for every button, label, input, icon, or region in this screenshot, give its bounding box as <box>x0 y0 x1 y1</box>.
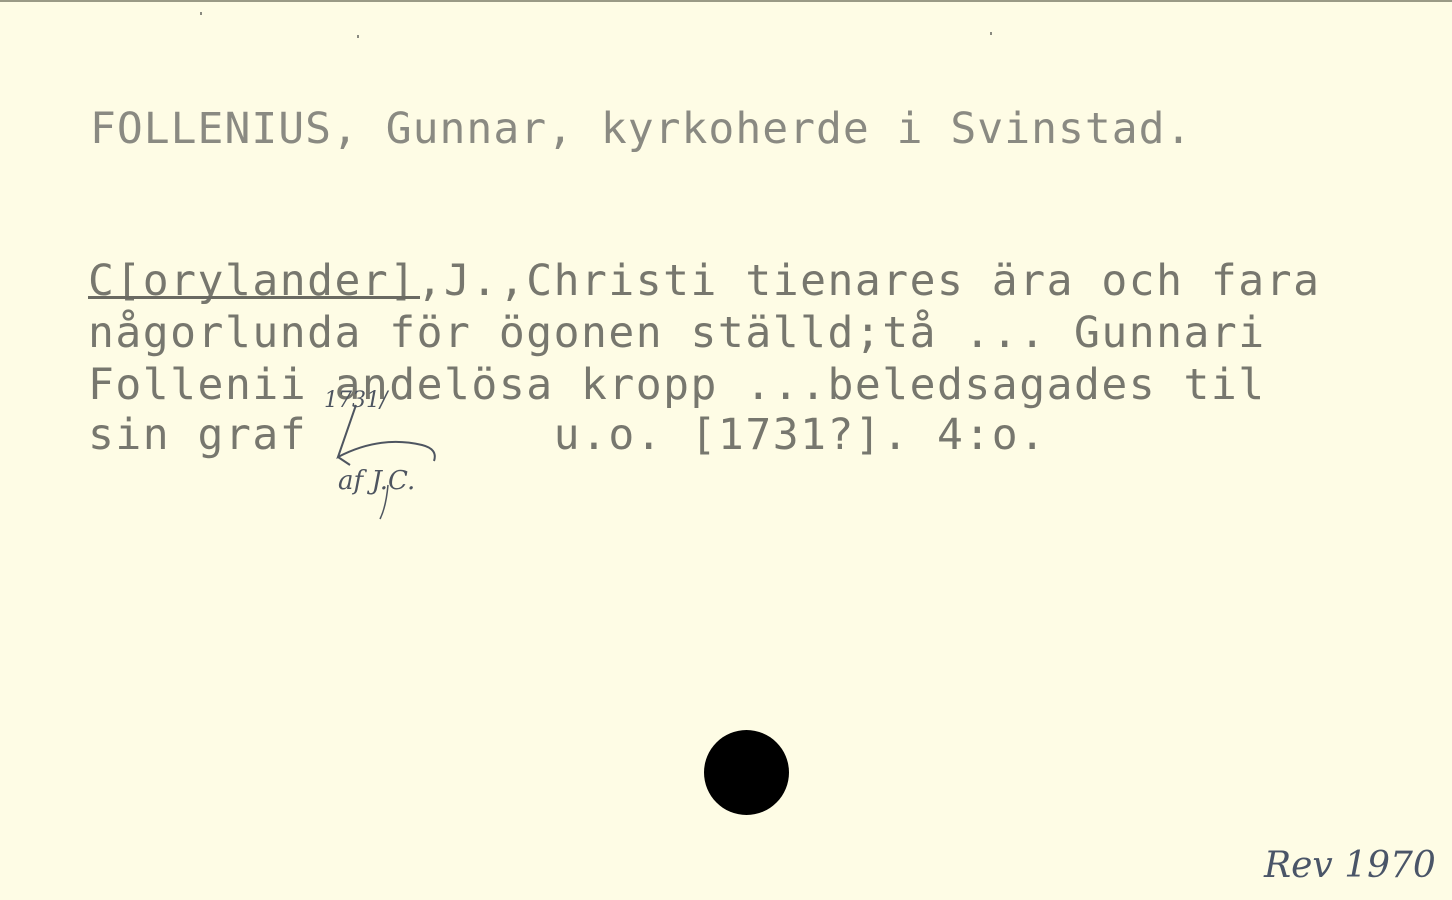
paper-speck <box>357 35 359 38</box>
author-underline <box>88 296 420 299</box>
paper-speck <box>990 32 992 35</box>
entry-line-4: sin graf u.o. [1731?]. 4:o. <box>88 414 1047 457</box>
paper-speck <box>200 12 202 15</box>
handwritten-insertion-mark-icon <box>320 395 480 525</box>
handwritten-revision-note: Rev 1970 <box>1264 845 1436 886</box>
entry-line-2: någorlunda för ögonen ställd;tå ... Gunn… <box>88 312 1266 355</box>
catalog-card: FOLLENIUS, Gunnar, kyrkoherde i Svinstad… <box>0 0 1452 900</box>
entry-line-3: Follenii andelösa kropp ...beledsagades … <box>88 364 1266 407</box>
punch-hole <box>704 730 789 815</box>
card-heading: FOLLENIUS, Gunnar, kyrkoherde i Svinstad… <box>90 108 1192 151</box>
handwritten-attribution: af J.C. <box>338 466 415 496</box>
